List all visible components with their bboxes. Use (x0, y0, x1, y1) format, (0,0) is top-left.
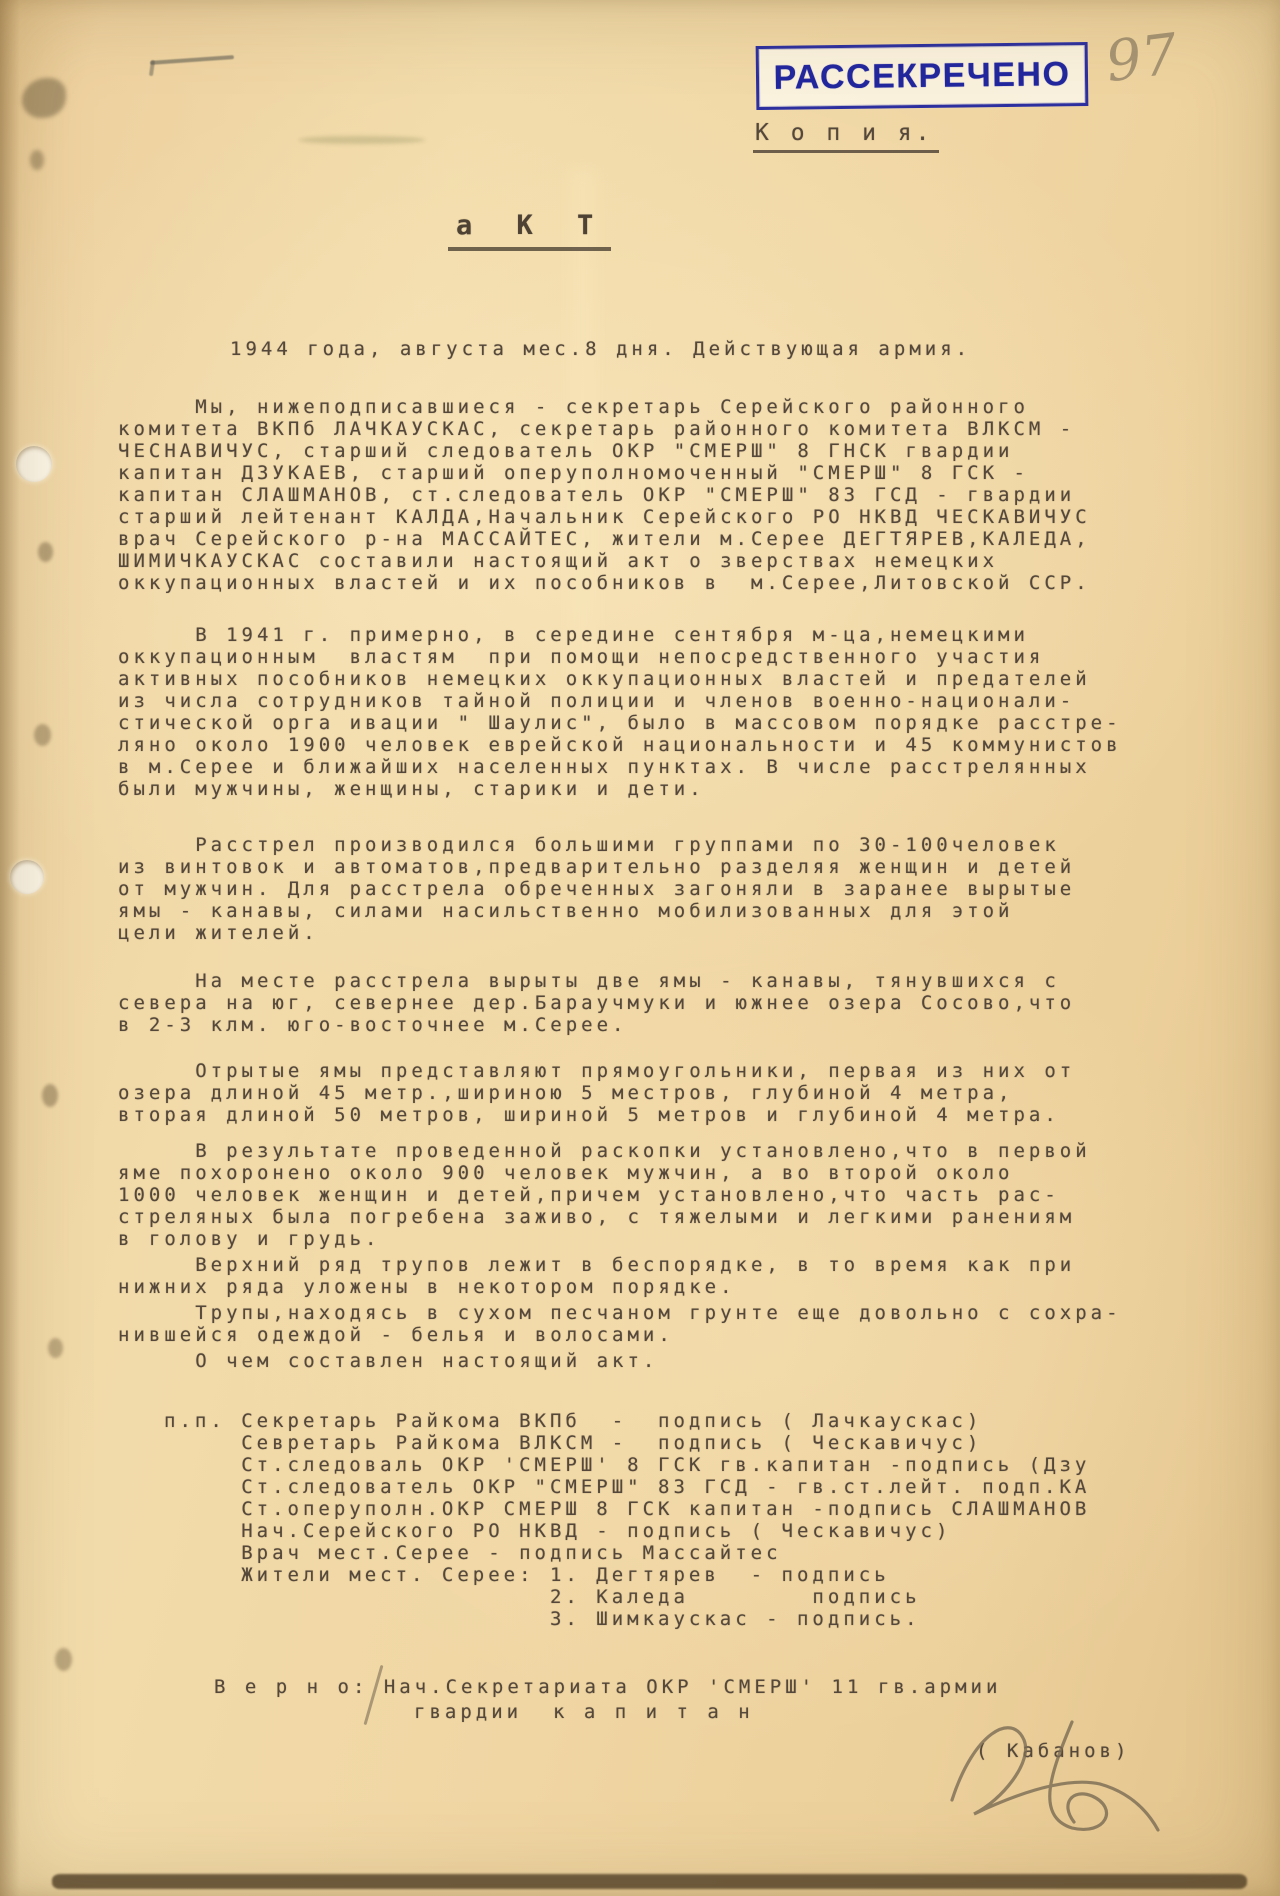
document-line: В результате проведенной раскопки устано… (118, 1140, 1228, 1162)
stain (55, 1648, 72, 1671)
document-line: стической орга ивации " Шаулис", было в … (118, 712, 1228, 734)
document-line: в м.Серее и ближайших населенных пунктах… (118, 756, 1228, 778)
date-line: 1944 года, августа мес.8 дня. Действующа… (230, 338, 1228, 360)
page-number-handwritten: 97 (1102, 22, 1181, 95)
signature-block: п.п. Секретарь Райкома ВКПб - подпись ( … (164, 1410, 1228, 1630)
document-line: в голову и грудь. (118, 1228, 1228, 1250)
document-line: из числа сотрудников тайной полиции и чл… (118, 690, 1228, 712)
document-body: 1944 года, августа мес.8 дня. Действующа… (118, 338, 1228, 1886)
paragraph: Мы, нижеподписавшиеся - секретарь Серейс… (118, 396, 1228, 594)
document-line: Мы, нижеподписавшиеся - секретарь Серейс… (118, 396, 1228, 418)
stain (298, 136, 426, 144)
document-line: нившейся одеждой - белья и волосами. (118, 1324, 1228, 1346)
stain (22, 78, 66, 118)
declassified-stamp-label: РАССЕКРЕЧЕНО (773, 55, 1070, 98)
paragraph: В результате проведенной раскопки устано… (118, 1140, 1228, 1250)
left-edge-shadow (0, 0, 20, 1896)
document-line: Верхний ряд трупов лежит в беспорядке, в… (118, 1254, 1228, 1276)
document-line: капитан СЛАШМАНОВ, ст.следователь ОКР "С… (118, 484, 1228, 506)
document-line: цели жителей. (118, 922, 1228, 944)
paragraph: Верхний ряд трупов лежит в беспорядке, в… (118, 1254, 1228, 1298)
document-line: ляно около 1900 человек еврейской национ… (118, 734, 1228, 756)
document-line: 1000 человек женщин и детей,причем устан… (118, 1184, 1228, 1206)
document-line: Отрытые ямы представляют прямоугольники,… (118, 1060, 1228, 1082)
scanned-document-page: РАССЕКРЕЧЕНО 97 К о п и я. а К Т 1944 го… (0, 0, 1280, 1896)
document-line: Севретарь Райкома ВЛКСМ - подпись ( Ческ… (164, 1432, 1228, 1454)
document-line: ЧЕСНАВИЧУС, старший следователь ОКР "СМЕ… (118, 440, 1228, 462)
document-title: а К Т (448, 210, 611, 251)
stain (38, 542, 53, 562)
stain (30, 150, 44, 170)
hole-punch (10, 860, 44, 894)
document-line: комитета ВКПб ЛАЧКАУСКАС, секретарь райо… (118, 418, 1228, 440)
hole-punch (16, 446, 52, 482)
document-line: из винтовок и автоматов,предварительно р… (118, 856, 1228, 878)
document-line: врач Серейского р-на МАССАЙТЕС, жители м… (118, 528, 1228, 550)
document-line: О чем составлен настоящий акт. (118, 1350, 1228, 1372)
closing-block: В е р н о: Нач.Секретариата ОКР 'СМЕРШ' … (214, 1676, 1194, 1886)
document-line: озера длиной 45 метр.,шириною 5 местров,… (118, 1082, 1228, 1104)
pencil-mark (149, 60, 155, 76)
document-line: от мужчин. Для расстрела обреченных заго… (118, 878, 1228, 900)
document-line: На месте расстрела вырыты две ямы - кана… (118, 970, 1228, 992)
document-line: севера на юг, севернее дер.Бараучмуки и … (118, 992, 1228, 1014)
stain (34, 724, 51, 746)
document-line: В 1941 г. примерно, в середине сентября … (118, 624, 1228, 646)
document-line: оккупационным властям при помощи непосре… (118, 646, 1228, 668)
document-line: Жители мест. Серее: 1. Дегтярев - подпис… (164, 1564, 1228, 1586)
document-line: вторая длиной 50 метров, шириной 5 метро… (118, 1104, 1228, 1126)
copy-label: К о п и я. (753, 120, 939, 153)
document-line: капитан ДЗУКАЕВ, старший оперуполномочен… (118, 462, 1228, 484)
paragraph: Трупы,находясь в сухом песчаном грунте е… (118, 1302, 1228, 1346)
document-line: Расстрел производился большими группами … (118, 834, 1228, 856)
document-line: яме похоронено около 900 человек мужчин,… (118, 1162, 1228, 1184)
document-line: п.п. Секретарь Райкома ВКПб - подпись ( … (164, 1410, 1228, 1432)
document-line: стреляных была погребена заживо, с тяжел… (118, 1206, 1228, 1228)
document-line: старший лейтенант КАЛДА,Начальник Серейс… (118, 506, 1228, 528)
handwritten-signature-flourish (914, 1704, 1184, 1864)
document-line: в 2-3 клм. юго-восточнее м.Серее. (118, 1014, 1228, 1036)
document-line: Трупы,находясь в сухом песчаном грунте е… (118, 1302, 1228, 1324)
pencil-mark (150, 55, 234, 65)
paragraph: В 1941 г. примерно, в середине сентября … (118, 624, 1228, 800)
document-line: ямы - канавы, силами насильственно мобил… (118, 900, 1228, 922)
paragraphs: Мы, нижеподписавшиеся - секретарь Серейс… (118, 396, 1228, 1372)
paragraph: Расстрел производился большими группами … (118, 834, 1228, 944)
document-line: Врач мест.Серее - подпись Массайтес (164, 1542, 1228, 1564)
stain (48, 1338, 63, 1358)
document-line: активных пособников немецких оккупационн… (118, 668, 1228, 690)
document-line: 3. Шимкаускас - подпись. (164, 1608, 1228, 1630)
paragraph: На месте расстрела вырыты две ямы - кана… (118, 970, 1228, 1036)
document-line: Ст.оперуполн.ОКР СМЕРШ 8 ГСК капитан -по… (164, 1498, 1228, 1520)
paragraph: Отрытые ямы представляют прямоугольники,… (118, 1060, 1228, 1126)
certification-line: В е р н о: Нач.Секретариата ОКР 'СМЕРШ' … (214, 1676, 1194, 1698)
stain (42, 1084, 58, 1107)
declassified-stamp: РАССЕКРЕЧЕНО (756, 42, 1089, 110)
paragraph: О чем составлен настоящий акт. (118, 1350, 1228, 1372)
document-line: Нач.Серейского РО НКВД - подпись ( Ческа… (164, 1520, 1228, 1542)
document-line: были мужчины, женщины, старики и дети. (118, 778, 1228, 800)
document-line: 2. Каледа подпись (164, 1586, 1228, 1608)
document-line: нижних ряда уложены в некотором порядке. (118, 1276, 1228, 1298)
document-line: Ст.следователь ОКР "СМЕРШ" 83 ГСД - гв.с… (164, 1476, 1228, 1498)
document-line: Ст.следоваль ОКР 'СМЕРШ' 8 ГСК гв.капита… (164, 1454, 1228, 1476)
document-line: ШИМИЧКАУСКАС составили настоящий акт о з… (118, 550, 1228, 572)
document-line: оккупационных властей и их пособников в … (118, 572, 1228, 594)
